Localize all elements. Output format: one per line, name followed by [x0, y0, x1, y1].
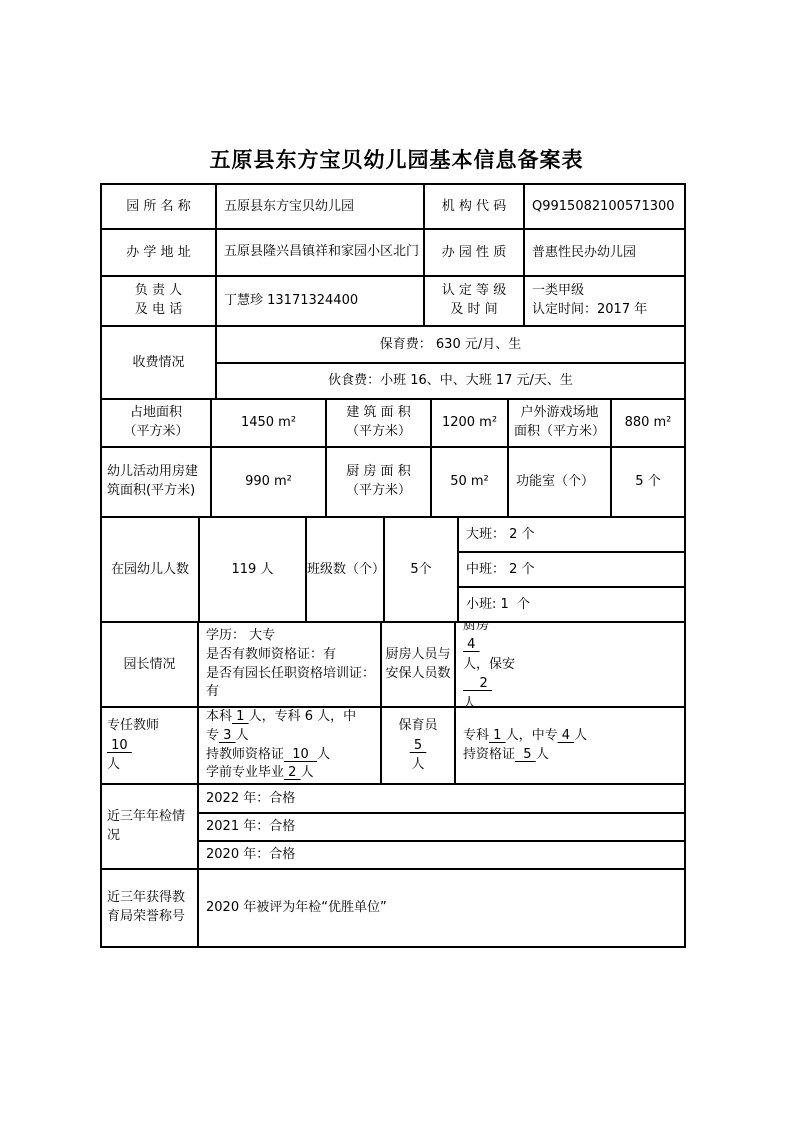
grade-value-line2: 认定时间：2017 年	[532, 301, 647, 320]
grade-value: 一类甲级 认定时间：2017 年	[525, 277, 686, 327]
table-row: 占地面积 （平方米） 1450 m² 建 筑 面 积 （平方米） 1200 m²…	[102, 400, 686, 448]
org-code-value: Q9915082100571300	[525, 185, 686, 230]
class-breakdown: 大班： 2 个 中班： 2 个 小班: 1 个	[459, 518, 686, 623]
contact-label-line1: 负 责 人	[135, 282, 182, 301]
caregivers-cert-line: 持资格证 5 人	[463, 746, 549, 765]
honors-label: 近三年获得教育局荣誉称号	[102, 870, 199, 948]
outdoor-area-label-line1: 户外游戏场地	[520, 404, 598, 423]
honors-value: 2020 年被评为年检“优胜单位”	[199, 870, 686, 948]
land-area-label: 占地面积 （平方米）	[102, 400, 212, 448]
activity-area-value: 990 m²	[212, 448, 327, 518]
teachers-major-line: 学前专业毕业 2 人	[206, 764, 314, 783]
info-table: 园 所 名 称 五原县东方宝贝幼儿园 机 构 代 码 Q991508210057…	[100, 183, 686, 948]
kitchen-area-label-line2: （平方米）	[346, 482, 411, 501]
kitchen-area-label-line1: 厨 房 面 积	[346, 463, 410, 482]
table-row: 近三年年检情况 2022 年：合格 2021 年：合格 2020 年：合格	[102, 785, 686, 870]
building-area-label-line1: 建 筑 面 积	[346, 404, 410, 423]
function-rooms-value: 5 个	[612, 448, 686, 518]
grade-label-line1: 认 定 等 级	[442, 282, 506, 301]
principal-label: 园长情况	[102, 623, 199, 708]
table-row: 园长情况 学历： 大专 是否有教师资格证：有 是否有园长任职资格培训证：有 厨房…	[102, 623, 686, 708]
outdoor-area-label: 户外游戏场地 面积（平方米）	[509, 400, 612, 448]
principal-education-line: 学历： 大专	[206, 627, 275, 646]
contact-value: 丁慧珍 13171324400	[217, 277, 425, 327]
document-page: 五原县东方宝贝幼儿园基本信息备案表 园 所 名 称 五原县东方宝贝幼儿园 机 构…	[0, 0, 793, 1122]
teachers-detail-value: 本科 1 人，专科 6 人，中专 3 人 持教师资格证 10 人 学前专业毕业 …	[199, 708, 382, 785]
meal-fee-value: 伙食费：小班 16、中、大班 17 元/天、生	[217, 364, 686, 400]
principal-teacher-cert-line: 是否有教师资格证：有	[206, 646, 336, 665]
class-senior-value: 大班： 2 个	[459, 518, 686, 553]
caregivers-label: 保育员 5 人	[382, 708, 456, 785]
org-code-label: 机 构 代 码	[425, 185, 525, 230]
table-row: 办 学 地 址 五原县隆兴昌镇祥和家园小区北门 办 园 性 质 普惠性民办幼儿园	[102, 230, 686, 277]
function-rooms-label: 功能室（个）	[509, 448, 612, 518]
outdoor-area-value: 880 m²	[612, 400, 686, 448]
land-area-label-line2: （平方米）	[123, 423, 188, 442]
teachers-degree-line: 本科 1 人，专科 6 人，中专 3 人	[206, 708, 376, 746]
class-count-label: 班级数（个）	[307, 518, 385, 623]
fees-label: 收费情况	[102, 327, 217, 400]
contact-label: 负 责 人 及 电 话	[102, 277, 217, 327]
building-area-label-line2: （平方米）	[346, 423, 411, 442]
enrollment-value: 119 人	[200, 518, 307, 623]
staff-count-label-line1: 厨房人员与	[385, 646, 450, 665]
building-area-value: 1200 m²	[432, 400, 509, 448]
activity-area-label: 幼儿活动用房建筑面积(平方米)	[102, 448, 212, 518]
class-count-value: 5个	[385, 518, 459, 623]
inspection-2022-value: 2022 年：合格	[199, 785, 686, 814]
inspection-2020-value: 2020 年：合格	[199, 842, 686, 870]
caregivers-detail-value: 专科 1 人，中专 4 人 持资格证 5 人	[456, 708, 686, 785]
principal-info-value: 学历： 大专 是否有教师资格证：有 是否有园长任职资格培训证：有	[199, 623, 382, 708]
land-area-value: 1450 m²	[212, 400, 327, 448]
land-area-label-line1: 占地面积	[130, 404, 182, 423]
address-value: 五原县隆兴昌镇祥和家园小区北门	[217, 230, 425, 277]
kindergarten-name-label: 园 所 名 称	[102, 185, 217, 230]
kitchen-area-value: 50 m²	[432, 448, 509, 518]
table-row: 幼儿活动用房建筑面积(平方米) 990 m² 厨 房 面 积 （平方米） 50 …	[102, 448, 686, 518]
table-row: 专任教师 10 人 本科 1 人，专科 6 人，中专 3 人 持教师资格证 10…	[102, 708, 686, 785]
type-label: 办 园 性 质	[425, 230, 525, 277]
kitchen-area-label: 厨 房 面 积 （平方米）	[327, 448, 432, 518]
grade-label: 认 定 等 级 及 时 间	[425, 277, 525, 327]
address-label: 办 学 地 址	[102, 230, 217, 277]
staff-count-label: 厨房人员与 安保人员数	[382, 623, 456, 708]
table-row: 园 所 名 称 五原县东方宝贝幼儿园 机 构 代 码 Q991508210057…	[102, 185, 686, 230]
enrollment-label: 在园幼儿人数	[102, 518, 200, 623]
contact-label-line2: 及 电 话	[135, 301, 182, 320]
care-fee-value: 保育费： 630 元/月、生	[217, 327, 686, 364]
staff-count-value: 厨房 4 人，保安 2 人	[456, 623, 686, 708]
class-junior-value: 小班: 1 个	[459, 588, 686, 623]
grade-label-line2: 及 时 间	[450, 301, 497, 320]
page-title: 五原县东方宝贝幼儿园基本信息备案表	[0, 144, 793, 174]
table-row: 收费情况 保育费： 630 元/月、生 伙食费：小班 16、中、大班 17 元/…	[102, 327, 686, 400]
table-row: 在园幼儿人数 119 人 班级数（个） 5个 大班： 2 个 中班： 2 个 小…	[102, 518, 686, 623]
building-area-label: 建 筑 面 积 （平方米）	[327, 400, 432, 448]
inspection-values: 2022 年：合格 2021 年：合格 2020 年：合格	[199, 785, 686, 870]
table-row: 负 责 人 及 电 话 丁慧珍 13171324400 认 定 等 级 及 时 …	[102, 277, 686, 327]
principal-training-cert-line: 是否有园长任职资格培训证：有	[206, 665, 376, 703]
fees-values: 保育费： 630 元/月、生 伙食费：小班 16、中、大班 17 元/天、生	[217, 327, 686, 400]
caregivers-degree-line: 专科 1 人，中专 4 人	[463, 727, 587, 746]
inspection-label: 近三年年检情况	[102, 785, 199, 870]
grade-value-line1: 一类甲级	[532, 282, 584, 301]
teachers-label: 专任教师 10 人	[102, 708, 199, 785]
kindergarten-name-value: 五原县东方宝贝幼儿园	[217, 185, 425, 230]
class-middle-value: 中班： 2 个	[459, 553, 686, 588]
inspection-2021-value: 2021 年：合格	[199, 814, 686, 842]
table-row: 近三年获得教育局荣誉称号 2020 年被评为年检“优胜单位”	[102, 870, 686, 948]
outdoor-area-label-line2: 面积（平方米）	[514, 423, 605, 442]
type-value: 普惠性民办幼儿园	[525, 230, 686, 277]
teachers-cert-line: 持教师资格证 10 人	[206, 746, 330, 765]
staff-count-label-line2: 安保人员数	[385, 665, 450, 684]
